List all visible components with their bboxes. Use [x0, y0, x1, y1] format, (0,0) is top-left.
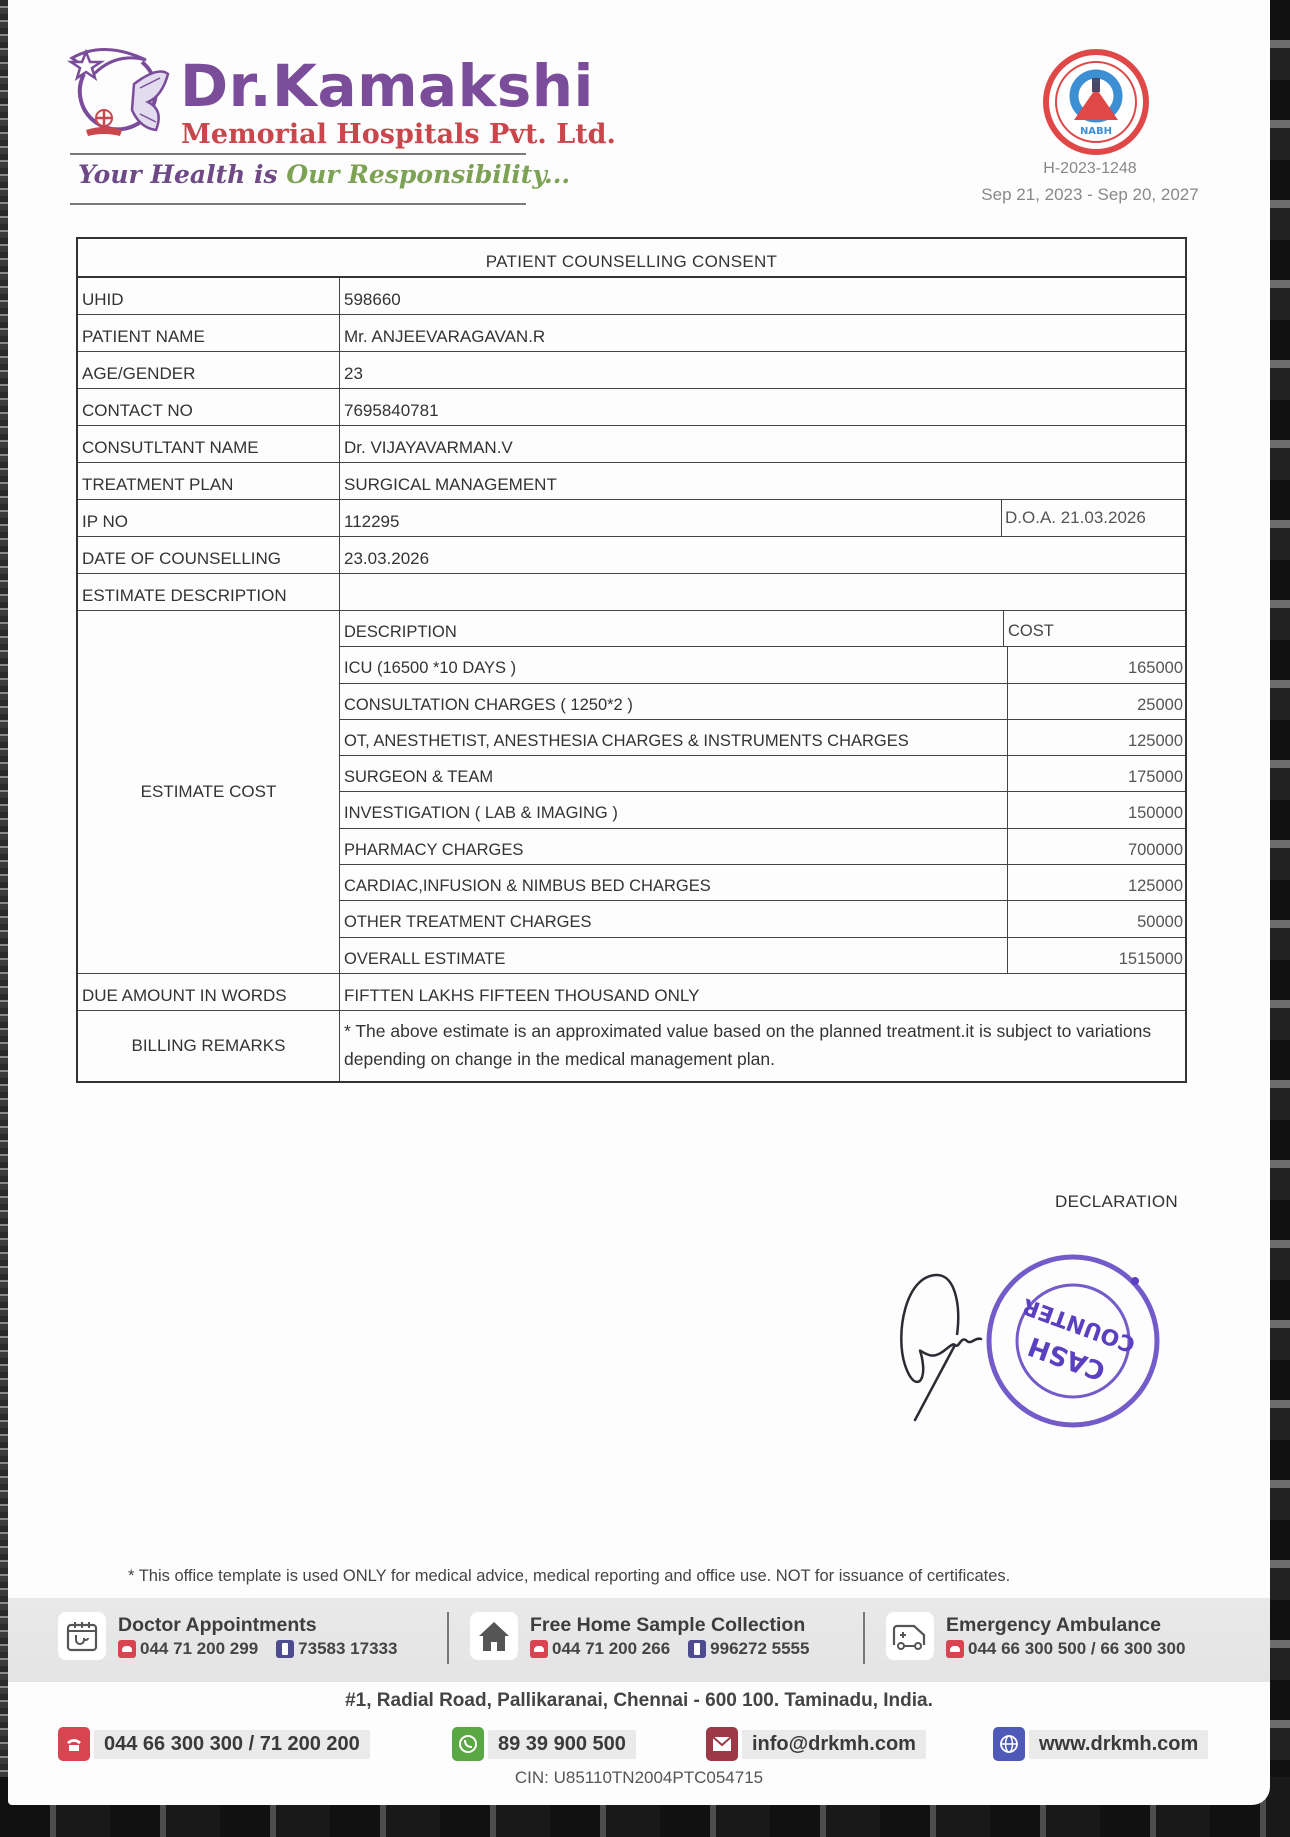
phone-icon [530, 1640, 548, 1658]
phone-icon [58, 1727, 90, 1761]
estimate-item-row: OVERALL ESTIMATE1515000 [340, 938, 1185, 973]
field-label: ESTIMATE DESCRIPTION [78, 574, 340, 610]
field-row-age-gender: AGE/GENDER 23 [78, 352, 1185, 389]
field-label: PATIENT NAME [78, 315, 340, 351]
contact-website-url[interactable]: www.drkmh.com [1029, 1730, 1208, 1759]
header-divider [70, 153, 526, 155]
field-value: 7695840781 [340, 389, 1185, 425]
estimate-item-cost: 175000 [1008, 756, 1185, 791]
service-mobile[interactable]: 996272 5555 [710, 1639, 809, 1659]
estimate-item-row: OT, ANESTHETIST, ANESTHESIA CHARGES & IN… [340, 720, 1185, 756]
nabh-accreditation-icon: NABH [1042, 48, 1150, 156]
house-icon [470, 1612, 518, 1660]
estimate-item-description: INVESTIGATION ( LAB & IMAGING ) [340, 792, 1008, 827]
estimate-item-row: SURGEON & TEAM175000 [340, 756, 1185, 792]
service-phone[interactable]: 044 66 300 500 / 66 300 300 [968, 1639, 1185, 1659]
cash-counter-stamp-icon: CASH COUNTER [989, 1257, 1157, 1425]
field-value: SURGICAL MANAGEMENT [340, 463, 1185, 499]
field-value: 598660 [340, 278, 1185, 314]
calendar-stethoscope-icon [58, 1612, 106, 1660]
form-title: PATIENT COUNSELLING CONSENT [78, 239, 1185, 278]
contact-whatsapp-number[interactable]: 89 39 900 500 [488, 1730, 636, 1759]
column-header-cost: COST [1004, 611, 1185, 646]
estimate-cost-section: ESTIMATE COST DESCRIPTION COST ICU (1650… [78, 611, 1185, 974]
accreditation-validity: Sep 21, 2023 - Sep 20, 2027 [960, 185, 1220, 205]
estimate-item-cost: 165000 [1008, 647, 1185, 682]
estimate-items-table: DESCRIPTION COST ICU (16500 *10 DAYS )16… [340, 611, 1185, 973]
signature-and-stamp: CASH COUNTER [885, 1245, 1195, 1430]
field-value: 23.03.2026 [340, 537, 1185, 573]
due-amount-row: DUE AMOUNT IN WORDS FIFTTEN LAKHS FIFTEE… [78, 974, 1185, 1011]
mobile-icon [276, 1640, 294, 1658]
contact-phone: 044 66 300 300 / 71 200 200 [58, 1727, 370, 1761]
svg-text:NABH: NABH [1080, 126, 1112, 137]
estimate-item-row: OTHER TREATMENT CHARGES50000 [340, 901, 1185, 937]
estimate-item-row: CONSULTATION CHARGES ( 1250*2 )25000 [340, 684, 1185, 720]
estimate-item-description: CARDIAC,INFUSION & NIMBUS BED CHARGES [340, 865, 1008, 900]
counselling-consent-table: PATIENT COUNSELLING CONSENT UHID 598660 … [76, 237, 1187, 1083]
estimate-item-description: OTHER TREATMENT CHARGES [340, 901, 1008, 936]
estimate-item-cost: 50000 [1008, 901, 1185, 936]
phone-icon [946, 1640, 964, 1658]
field-label: DATE OF COUNSELLING [78, 537, 340, 573]
service-title: Doctor Appointments [118, 1614, 397, 1637]
contact-phone-number[interactable]: 044 66 300 300 / 71 200 200 [94, 1730, 370, 1759]
estimate-item-description: OVERALL ESTIMATE [340, 938, 1008, 973]
signature-icon [901, 1275, 981, 1420]
field-value: Dr. VIJAYAVARMAN.V [340, 426, 1185, 462]
contact-email-address[interactable]: info@drkmh.com [742, 1730, 926, 1759]
tagline: Your Health is Our Responsibility... [78, 160, 570, 189]
field-row-uhid: UHID 598660 [78, 278, 1185, 315]
field-value: 23 [340, 352, 1185, 388]
field-label: BILLING REMARKS [78, 1011, 340, 1081]
estimate-item-description: ICU (16500 *10 DAYS ) [340, 647, 1008, 682]
field-label: AGE/GENDER [78, 352, 340, 388]
estimate-item-cost: 25000 [1008, 684, 1185, 719]
field-row-treatment-plan: TREATMENT PLAN SURGICAL MANAGEMENT [78, 463, 1185, 500]
phone-icon [118, 1640, 136, 1658]
service-divider [863, 1612, 865, 1664]
estimate-item-cost: 700000 [1008, 829, 1185, 864]
field-row-consultant: CONSUTLTANT NAME Dr. VIJAYAVARMAN.V [78, 426, 1185, 463]
due-amount-in-words: FIFTTEN LAKHS FIFTEEN THOUSAND ONLY [340, 974, 1185, 1010]
estimate-item-row: INVESTIGATION ( LAB & IMAGING )150000 [340, 792, 1185, 828]
whatsapp-icon [452, 1727, 484, 1761]
brand-title: Dr.Kamakshi [180, 52, 594, 120]
mail-icon [706, 1727, 738, 1761]
service-home-sample-collection: Free Home Sample Collection 044 71 200 2… [470, 1612, 809, 1660]
field-label: DUE AMOUNT IN WORDS [78, 974, 340, 1010]
service-phone[interactable]: 044 71 200 266 [552, 1639, 670, 1659]
background-right-edge [1268, 0, 1290, 1837]
service-phone[interactable]: 044 71 200 299 [140, 1639, 258, 1659]
estimate-item-description: OT, ANESTHETIST, ANESTHESIA CHARGES & IN… [340, 720, 1008, 755]
estimate-item-cost: 125000 [1008, 720, 1185, 755]
tagline-part-1: Your Health is [78, 160, 286, 189]
field-value: Mr. ANJEEVARAGAVAN.R [340, 315, 1185, 351]
field-row-date-of-counselling: DATE OF COUNSELLING 23.03.2026 [78, 537, 1185, 574]
estimate-item-description: PHARMACY CHARGES [340, 829, 1008, 864]
estimate-item-cost: 150000 [1008, 792, 1185, 827]
field-row-contact: CONTACT NO 7695840781 [78, 389, 1185, 426]
globe-icon [993, 1727, 1025, 1761]
estimate-item-cost: 125000 [1008, 865, 1185, 900]
company-cin: CIN: U85110TN2004PTC054715 [8, 1768, 1270, 1788]
estimate-item-description: SURGEON & TEAM [340, 756, 1008, 791]
brand-subtitle: Memorial Hospitals Pvt. Ltd. [181, 119, 616, 150]
service-divider [447, 1612, 449, 1664]
service-mobile[interactable]: 73583 17333 [298, 1639, 397, 1659]
field-row-patient-name: PATIENT NAME Mr. ANJEEVARAGAVAN.R [78, 315, 1185, 352]
header-divider [70, 203, 526, 205]
hospital-logo-icon [64, 44, 174, 140]
field-label: TREATMENT PLAN [78, 463, 340, 499]
field-row-estimate-description: ESTIMATE DESCRIPTION [78, 574, 1185, 611]
estimate-header-row: DESCRIPTION COST [340, 611, 1185, 647]
estimate-item-row: CARDIAC,INFUSION & NIMBUS BED CHARGES125… [340, 865, 1185, 901]
estimate-item-row: ICU (16500 *10 DAYS )165000 [340, 647, 1185, 683]
field-label: CONTACT NO [78, 389, 340, 425]
field-value [340, 574, 1185, 610]
contact-email: info@drkmh.com [706, 1727, 926, 1761]
service-doctor-appointments: Doctor Appointments 044 71 200 299 73583… [58, 1612, 397, 1660]
tagline-part-2: Our Responsibility... [286, 160, 570, 189]
template-disclaimer: * This office template is used ONLY for … [128, 1567, 1168, 1586]
service-emergency-ambulance: Emergency Ambulance 044 66 300 500 / 66 … [886, 1612, 1185, 1660]
field-label: UHID [78, 278, 340, 314]
field-label: CONSUTLTANT NAME [78, 426, 340, 462]
field-row-ip-no: IP NO 112295 D.O.A. 21.03.2026 [78, 500, 1185, 537]
accreditation-code: H-2023-1248 [960, 160, 1220, 178]
column-header-description: DESCRIPTION [340, 611, 1004, 646]
ambulance-icon [886, 1612, 934, 1660]
contact-whatsapp: 89 39 900 500 [452, 1727, 636, 1761]
field-value: 112295 [340, 500, 1001, 536]
date-of-admission: D.O.A. 21.03.2026 [1001, 500, 1185, 536]
declaration-label: DECLARATION [1055, 1192, 1178, 1212]
mobile-icon [688, 1640, 706, 1658]
hospital-address: #1, Radial Road, Pallikaranai, Chennai -… [8, 1690, 1270, 1712]
billing-remarks-text: * The above estimate is an approximated … [340, 1011, 1185, 1081]
estimate-cost-label: ESTIMATE COST [78, 611, 340, 973]
service-title: Emergency Ambulance [946, 1614, 1185, 1637]
billing-remarks-row: BILLING REMARKS * The above estimate is … [78, 1011, 1185, 1081]
service-title: Free Home Sample Collection [530, 1614, 809, 1637]
field-label: IP NO [78, 500, 340, 536]
contact-website: www.drkmh.com [993, 1727, 1208, 1761]
estimate-item-description: CONSULTATION CHARGES ( 1250*2 ) [340, 684, 1008, 719]
estimate-item-cost: 1515000 [1008, 938, 1185, 973]
estimate-item-row: PHARMACY CHARGES700000 [340, 829, 1185, 865]
